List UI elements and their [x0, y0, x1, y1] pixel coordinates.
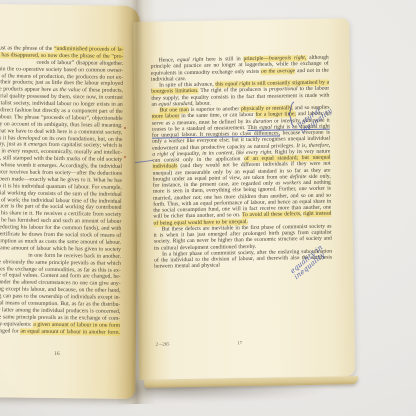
text-segment: or: [272, 118, 281, 124]
text-segment: emerges: [28, 142, 47, 148]
paragraph: But these defects are inevitable in the …: [154, 223, 332, 251]
left-page: Just as the phrase of the “undiminished …: [0, 4, 140, 399]
text-segment: contrary, just as it: [0, 142, 28, 149]
left-page-number: 16: [54, 351, 60, 357]
right-page-text: Hence, equal right here is still in prin…: [151, 55, 334, 340]
text-segment: developed: [17, 135, 40, 141]
right-page-number: 17: [237, 340, 242, 345]
highlighted-text: on the average: [261, 68, 295, 75]
pen-brace-icon: [287, 101, 296, 128]
left-page-text: Just as the phrase of the “undiminished …: [0, 42, 124, 337]
right-page-footer: 2—265 17: [156, 339, 334, 350]
text-segment: modity-equivalents:: [0, 321, 33, 328]
text-segment: Just as the phrase of the: [0, 45, 54, 52]
text-segment: on the products appear here: [0, 86, 53, 93]
text-segment: not as it has: [0, 135, 17, 141]
text-line-content: is exchanged for an equal amount of labo…: [0, 328, 120, 337]
paragraph: Hence, equal right here is still in prin…: [151, 55, 329, 83]
margin-mark-icon: [124, 127, 126, 129]
highlighted-text: an equal amount of labour in another for…: [20, 328, 120, 335]
highlighted-text: a given amount of labour in one form: [33, 321, 120, 328]
text-segment: as the value: [53, 87, 81, 93]
highlighted-text: To avoid all these defects,: [242, 211, 302, 218]
text-segment: from capitalist society; which is: [47, 142, 122, 149]
text-segment: in one form he receives back in another.: [28, 252, 121, 259]
margin-mark-icon: [124, 156, 126, 158]
signature-mark: 2—265: [156, 341, 170, 346]
text-segment: But these defects are inevitable in the …: [154, 223, 332, 251]
text-segment: of these products,: [80, 88, 123, 95]
text-segment: ceeds of labour” disappear altogether.: [37, 60, 124, 67]
paragraph: In spite of this advance, this equal rig…: [151, 80, 329, 108]
highlighted-text: “undiminished proceeds of la-: [54, 46, 124, 53]
right-page: Hence, equal right here is still in prin…: [133, 18, 355, 380]
book-photo: Just as the phrase of the “undiminished …: [0, 0, 416, 416]
text-segment: is exchanged for: [0, 328, 20, 334]
